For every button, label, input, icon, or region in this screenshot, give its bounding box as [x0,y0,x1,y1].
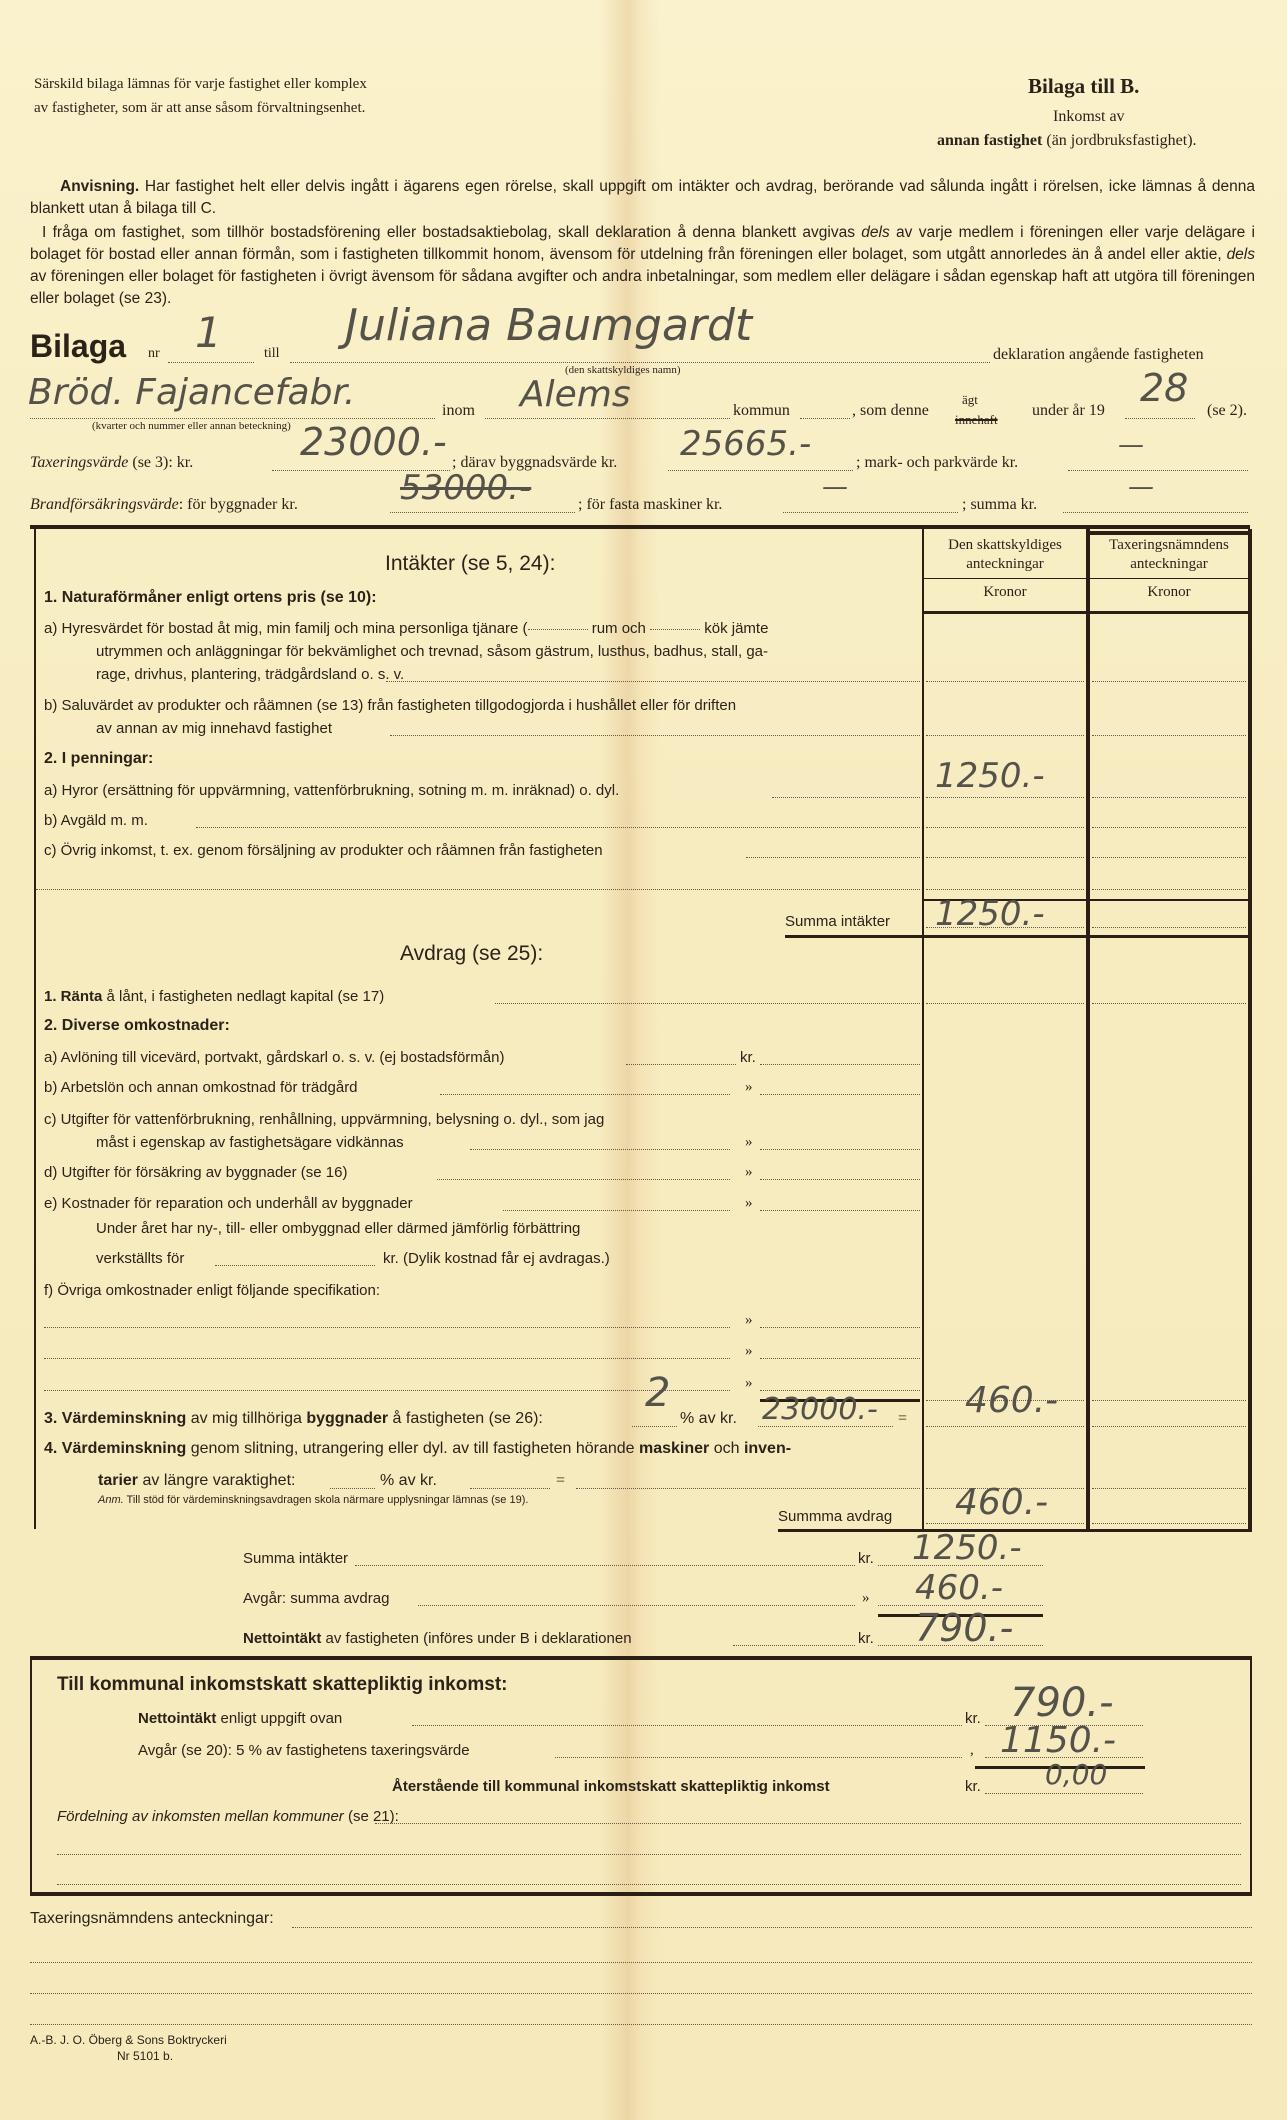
income-1a-text: a) Hyresvärdet för bostad åt mig, min fa… [44,620,528,637]
d4-rest2: och [709,1440,744,1457]
summary-income-dotline [355,1565,855,1566]
rooms-input[interactable] [528,629,588,630]
land-value-label: ; mark- och parkvärde kr. [856,454,1018,472]
deduction-c-input [760,1149,920,1150]
summary-deduct-dotline [418,1605,855,1606]
summary-deduct-label: Avgår: summa avdrag [243,1590,389,1607]
tax-value-ref: (se 3): kr. [128,454,193,471]
col2-row-interest [1092,1003,1246,1004]
col2-unit: Kronor [1090,584,1248,601]
deduction-f3-input [760,1390,920,1391]
col-taxpayer-header: Den skattskyldiges anteckningar [924,536,1086,574]
fire-sum-label: ; summa kr. [962,496,1037,514]
deduction-interest-row: 1. Ränta å lånt, i fastigheten nedlagt k… [44,988,384,1005]
municipal-deduct-value[interactable]: 1150.- [1000,1720,1116,1761]
distribution-row: Fördelning av inkomsten mellan kommuner … [57,1808,399,1825]
deduction-b-dotline [440,1094,730,1095]
distribution-line-1[interactable] [375,1823,1241,1824]
summary-deduct-unit: » [862,1590,870,1607]
fire-machines-label: ; för fasta maskiner kr. [578,496,722,514]
d3-rest: av mig tillhöriga [186,1410,306,1427]
deductions-sum-value[interactable]: 460.- [955,1482,1048,1523]
deduction-d-ditto: » [745,1164,753,1181]
summary-net-value[interactable]: 790.- [915,1606,1013,1650]
income-2c-label: c) Övrig inkomst, t. ex. genom försäljni… [44,842,603,859]
innehaft-option-struck[interactable]: innehaft [955,412,998,428]
fire-insurance-label: Brandförsäkringsvärde [30,496,179,513]
som-denne-label: , som denne [852,402,929,420]
machines-dotline [576,1488,920,1489]
fire-machines-dotline [783,512,958,513]
income-1b-line1: b) Saluvärdet av produkter och råämnen (… [44,697,736,714]
municipal-remaining-label: Återstående till kommunal inkomstskatt s… [392,1778,830,1795]
table-left-border [34,529,36,1529]
property-caption: (kvarter och nummer eller annan beteckni… [92,420,291,432]
deduction-depreciation-machines: 4. Värdeminskning genom slitning, utrang… [44,1440,791,1458]
building-value-dotline [668,470,853,471]
deduction-e-line2: Under året har ny-, till- eller ombyggna… [96,1220,580,1237]
column-divider-2 [1086,529,1090,1529]
summary-net-rest: av fastigheten (införes under B i deklar… [321,1630,631,1647]
d4-rest: genom slitning, utrangering eller dyl. a… [186,1440,639,1457]
machines-base-input[interactable] [470,1488,550,1489]
col2-header-line2: anteckningar [1090,555,1248,574]
subtitle-rest: (än jordbruksfastighet). [1042,132,1196,149]
col1-header-line1: Den skattskyldiges [924,536,1086,555]
taxpayer-name-input[interactable]: Juliana Baumgardt [345,300,752,351]
deductions-sum-label: Summma avdrag [778,1508,892,1525]
form-subtitle-1: Inkomst av [1053,108,1125,126]
municipal-remaining-value[interactable]: 0,00 [1045,1758,1107,1791]
specification-line-1[interactable] [44,1327,730,1328]
inom-label: inom [442,402,475,420]
distribution-line-3[interactable] [57,1884,1241,1885]
municipal-net-row: Nettointäkt enligt uppgift ovan [138,1710,342,1727]
col1-row-1a [926,681,1084,682]
municipal-remaining-unit: kr. [965,1778,981,1795]
board-notes-line-4[interactable] [30,2024,1252,2025]
deduction-a-input [760,1064,920,1065]
deduction-b-ditto: » [745,1079,753,1096]
income-blank-dotline [36,889,920,890]
col1-row-d3 [926,1426,1084,1427]
summary-income-label: Summa intäkter [243,1550,348,1567]
property-dotline [30,418,435,419]
deduction-a-unit: kr. [740,1049,756,1066]
instruction-paragraph-2: I fråga om fastighet, som tillhör bostad… [30,222,1255,310]
deduction-e-line1: e) Kostnader för reparation och underhål… [44,1195,413,1212]
tax-value-label: Taxeringsvärde [30,454,128,471]
income-2b-dotline [196,827,920,828]
machines-pct-label: % av kr. [380,1472,437,1490]
summary-income-value[interactable]: 1250.- [912,1528,1022,1568]
instruction-dels-2: dels [1227,246,1255,263]
bilaga-nr-input[interactable]: 1 [195,308,222,357]
summary-income-unit: kr. [858,1550,874,1567]
machines-eq: = [556,1472,565,1490]
summary-net-row: Nettointäkt av fastigheten (införes unde… [243,1630,632,1647]
depreciation-eq: = [898,1410,907,1428]
municipal-net-dotline [412,1725,962,1726]
fire-machines-input[interactable]: — [822,472,848,502]
d3-bold: 3. Värdeminskning [44,1410,186,1427]
deduction-d-label: d) Utgifter för försäkring av byggnader … [44,1164,347,1181]
col2-top-rule [1090,531,1250,535]
municipal-net-rest: enligt uppgift ovan [216,1710,342,1727]
building-value-input[interactable]: 25665.- [680,424,811,464]
municipal-box-bottom [30,1892,1252,1896]
deduction-c-line1: c) Utgifter för vattenförbrukning, renhå… [44,1111,604,1128]
deduction-f3-ditto: » [745,1375,753,1392]
declaration-label: deklaration angående fastigheten [993,346,1204,364]
col2-row-2b [1092,827,1246,828]
col2-row-blank [1092,889,1246,890]
instruction-dels-1: dels [861,224,889,241]
form-title: Bilaga till B. [1028,74,1139,99]
col2-row-2c [1092,857,1246,858]
under-ar-label: under år 19 [1032,402,1105,420]
d4-bold2: maskiner [639,1440,709,1457]
depreciation-buildings-value[interactable]: 460.- [965,1380,1058,1421]
nr-dotline [168,362,254,363]
depreciation-pct-label: % av kr. [680,1410,737,1428]
header-note-line2: av fastigheter, som är att anse såsom fö… [34,100,365,117]
summary-net-unit: kr. [858,1630,874,1647]
summary-net-dotline [733,1645,855,1646]
deduction-interest-text: å lånt, i fastigheten nedlagt kapital (s… [102,988,384,1005]
note-text: Till stöd för värdeminskningsavdragen sk… [127,1494,529,1506]
machines-percent-input[interactable] [330,1488,375,1489]
income-1b-dotline [390,735,920,736]
summary-net-bold: Nettointäkt [243,1630,321,1647]
deduction-e-input [760,1210,920,1211]
fire-sum-input[interactable]: — [1128,472,1154,502]
name-dotline [290,362,990,363]
tax-value-row: Taxeringsvärde (se 3): kr. [30,454,193,472]
kitchens-input[interactable] [650,629,700,630]
income-money-heading: 2. I penningar: [44,750,153,768]
col2-row-d4 [1092,1488,1246,1489]
income-2a-label: a) Hyror (ersättning för uppvärmning, va… [44,782,619,799]
deduction-e-line3a: verkställts för [96,1250,184,1267]
municipal-title: Till kommunal inkomstskatt skattepliktig… [57,1674,507,1696]
col1-row-1b [926,735,1084,736]
deduction-c-ditto: » [745,1134,753,1151]
deduction-d-input [760,1179,920,1180]
income-1a-line2: utrymmen och anläggningar för bekvämligh… [96,643,768,660]
land-value-input[interactable]: — [1118,430,1144,460]
kommun-dotline [485,418,730,419]
kommun-tail-dotline [800,418,850,419]
deduction-c-line2: måst i egenskap av fastighetsägare vidkä… [96,1134,404,1151]
municipal-box-left [30,1660,32,1892]
col1-deduct-sum [926,1523,1084,1524]
year-dotline [1125,418,1195,419]
deduction-f1-input [760,1327,920,1328]
deduction-b-input [760,1094,920,1095]
d3-bold2: byggnader [306,1410,388,1427]
d3-rest2: å fastigheten (se 26): [388,1410,543,1427]
kommun-label: kommun [733,402,790,420]
deduction-e-line3b: kr. (Dylik kostnad får ej avdragas.) [383,1250,610,1267]
depreciation-base-input[interactable]: 23000.- [762,1392,878,1427]
fire-buildings-dotline [390,512,575,513]
col2-deduct-sum [1092,1523,1246,1524]
printer-line-1: A.-B. J. O. Öberg & Sons Boktryckeri [30,2033,227,2047]
income-1a-line3: rage, drivhus, plantering, trädgårdsland… [96,666,404,683]
d4-bold3: inven- [744,1440,791,1457]
col1-income-sum [926,927,1084,928]
instruction-label: Anvisning. [60,178,139,195]
header-note-line1: Särskild bilaga lämnas för varje fastigh… [34,76,367,93]
col2-header-divider [1090,578,1248,579]
improvement-cost-input[interactable] [215,1265,375,1266]
municipality-input[interactable]: Alems [520,374,631,415]
deduction-e-dotline [503,1210,730,1211]
income-1a-rum: rum och [592,620,646,637]
col1-row-2a [926,797,1084,798]
tax-value-input[interactable]: 23000.- [300,420,447,464]
municipal-deduct-dotline [555,1757,962,1758]
income-sum-value[interactable]: 1250.- [935,894,1045,934]
bilaga-nr-label: nr [148,346,160,362]
deduction-a-label: a) Avlöning till vicevärd, portvakt, går… [44,1049,504,1066]
deduction-f1-ditto: » [745,1312,753,1329]
column-divider-1 [922,529,924,1529]
land-value-dotline [1068,470,1248,471]
income-1a-kok: kök jämte [704,620,768,637]
fire-buildings-label: : för byggnader kr. [179,496,298,513]
bilaga-label: Bilaga [30,328,126,365]
income-2b-label: b) Avgäld m. m. [44,812,148,829]
table-top-rule [30,525,1250,529]
deduction-f2-ditto: » [745,1343,753,1360]
col2-row-1b [1092,735,1246,736]
municipal-net-unit: kr. [965,1710,981,1727]
col1-row-interest [926,1003,1084,1004]
depreciation-pct-dotline [632,1426,677,1427]
board-notes-line-1[interactable] [292,1927,1252,1928]
d4-line2-rest: av längre varaktighet: [138,1472,295,1489]
deduction-d4-line2: tarier av längre varaktighet: [98,1472,295,1490]
municipal-box-top [30,1656,1252,1660]
board-notes-label: Taxeringsnämndens anteckningar: [30,1910,274,1928]
instruction-paragraph-1: Anvisning. Har fastighet helt eller delv… [30,176,1255,220]
municipal-deduct-label: Avgår (se 20): 5 % av fastighetens taxer… [138,1742,470,1759]
municipal-net-bold: Nettointäkt [138,1710,216,1727]
deduction-depreciation-buildings: 3. Värdeminskning av mig tillhöriga bygg… [44,1410,543,1428]
col1-row-2c [926,857,1084,858]
bilaga-till-label: till [264,346,280,362]
deduction-f2-input [760,1358,920,1359]
col2-unit-rule [1090,611,1248,614]
col2-header-line1: Taxeringsnämndens [1090,536,1248,555]
deduction-interest-bold: 1. Ränta [44,988,102,1005]
fire-sum-dotline [1063,512,1248,513]
note-label: Anm. [98,1494,124,1506]
col2-row-2a [1092,797,1246,798]
municipal-deduct-unit: , [970,1742,974,1759]
col1-unit-rule [924,611,1086,614]
d4-bold: 4. Värdeminskning [44,1440,186,1457]
summary-deduct-value[interactable]: 460.- [915,1568,1003,1608]
col2-row-d3 [1092,1426,1246,1427]
deduction-misc-heading: 2. Diverse omkostnader: [44,1017,230,1035]
col1-row-2b [926,827,1084,828]
income-2c-dotline [746,857,920,858]
board-notes-line-3[interactable] [30,1993,1252,1994]
deduction-interest-dotline [495,1003,920,1004]
depreciation-note: Anm. Till stöd för värdeminskningsavdrag… [98,1494,528,1506]
agt-option[interactable]: ägt [962,392,978,408]
col2-sum-rule [1090,899,1248,901]
income-sum-underline [785,935,1250,938]
income-1a-line1: a) Hyresvärdet för bostad åt mig, min fa… [44,620,768,637]
income-1a-dotline [386,681,920,682]
table-right-border [1248,529,1252,1529]
se2-ref: (se 2). [1207,402,1247,420]
fire-insurance-row: Brandförsäkringsvärde: för byggnader kr. [30,496,298,514]
income-section-title: Intäkter (se 5, 24): [385,552,555,576]
rent-income-value[interactable]: 1250.- [935,756,1045,796]
col1-header-line2: anteckningar [924,555,1086,574]
income-2a-dotline [772,797,920,798]
deduction-c-dotline [470,1149,730,1150]
deduction-d-dotline [437,1179,730,1180]
specification-line-2[interactable] [44,1358,730,1359]
printer-line-2: Nr 5101 b. [117,2049,173,2063]
d4-line2-bold: tarier [98,1472,138,1489]
col2-row-misc [1092,1400,1246,1401]
deduction-b-label: b) Arbetslön och annan omkostnad för trä… [44,1079,358,1096]
deductions-section-title: Avdrag (se 25): [400,942,543,966]
col2-income-sum [1092,927,1246,928]
subtitle-bold: annan fastighet [937,132,1042,149]
form-subtitle-2: annan fastighet (än jordbruksfastighet). [937,132,1197,150]
col1-unit: Kronor [924,584,1086,601]
fire-buildings-input[interactable]: 53000.- [400,468,531,508]
col2-row-1a [1092,681,1246,682]
col1-row-blank [926,889,1084,890]
col1-header-divider [924,578,1086,579]
income-sum-label: Summa intäkter [785,913,890,930]
instruction-text-1: Har fastighet helt eller delvis ingått i… [30,178,1255,217]
municipal-remaining-value-line [985,1793,1143,1794]
property-input[interactable]: Bröd. Fajancefabr. [28,372,355,413]
specification-line-3[interactable] [44,1390,730,1391]
instruction-text-2a: I fråga om fastighet, som tillhör bostad… [42,224,861,241]
deduction-f-label: f) Övriga omkostnader enligt följande sp… [44,1282,380,1299]
deduction-e-ditto: » [745,1195,753,1212]
col-board-header: Taxeringsnämndens anteckningar [1090,536,1248,574]
income-1b-line2: av annan av mig innehavd fastighet [96,720,332,737]
distribution-label: Fördelning av inkomsten mellan kommuner [57,1808,344,1825]
year-input[interactable]: 28 [1140,366,1188,410]
distribution-line-2[interactable] [57,1854,1241,1855]
income-natural-benefits-heading: 1. Naturaförmåner enligt ortens pris (se… [44,589,377,607]
municipal-box-right [1250,1660,1252,1892]
depreciation-percent-input[interactable]: 2 [645,1370,670,1416]
board-notes-line-2[interactable] [30,1962,1252,1963]
deduction-a-dotline [626,1064,736,1065]
